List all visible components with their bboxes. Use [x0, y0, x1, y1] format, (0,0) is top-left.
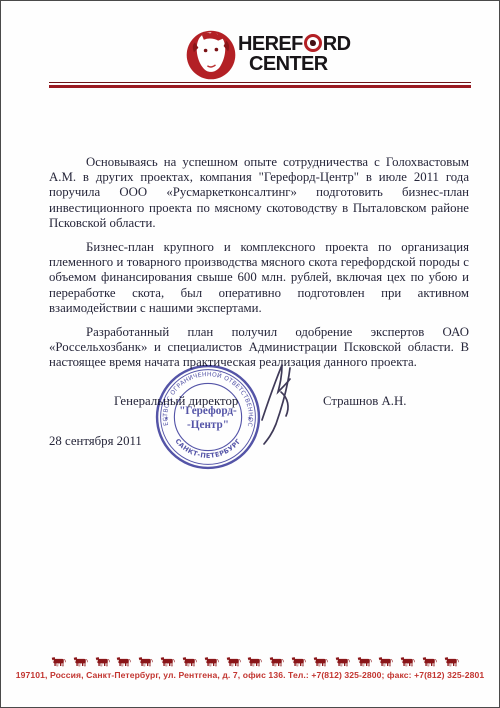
paragraph-1: Основываясь на успешном опыте сотрудниче…: [49, 155, 469, 231]
bull-icon: [204, 656, 219, 667]
letter-body: Основываясь на успешном опыте сотрудниче…: [49, 155, 469, 380]
bull-icon: [378, 656, 393, 667]
bull-icon: [73, 656, 88, 667]
bull-icon: [226, 656, 241, 667]
bull-icon: [357, 656, 372, 667]
bull-icon: [291, 656, 306, 667]
paragraph-2: Бизнес-план крупного и комплексного прое…: [49, 240, 469, 316]
bull-icon: [400, 656, 415, 667]
letter-page: HEREFRD CENTER Основываясь на успешном о…: [0, 0, 500, 708]
bull-icon: [116, 656, 131, 667]
bull-icon: [138, 656, 153, 667]
bull-icon: [269, 656, 284, 667]
stamp-center-line2: -Центр": [187, 419, 229, 431]
logo-line1: HEREFRD: [238, 34, 350, 54]
logo-wordmark: HEREFRD CENTER: [238, 34, 350, 74]
stamp-star-right-icon: ★: [247, 415, 252, 422]
stylized-o-bull-icon: [304, 34, 322, 52]
bull-icon: [182, 656, 197, 667]
bull-icon: [422, 656, 437, 667]
header-divider: [49, 82, 471, 88]
footer-address: 197101, Россия, Санкт-Петербург, ул. Рен…: [1, 670, 499, 680]
hereford-bull-logo-icon: [184, 28, 238, 82]
stamp-ring-text-top: ОБЩЕСТВО С ОГРАНИЧЕННОЙ ОТВЕТСТВЕННОСТЬЮ: [154, 363, 254, 428]
footer-bull-border: [51, 656, 459, 667]
bull-icon: [335, 656, 350, 667]
letter-date: 28 сентября 2011: [49, 434, 142, 449]
bull-icon: [313, 656, 328, 667]
logo-line2: CENTER: [249, 54, 350, 74]
bull-icon: [247, 656, 262, 667]
company-stamp: ОБЩЕСТВО С ОГРАНИЧЕННОЙ ОТВЕТСТВЕННОСТЬЮ…: [154, 363, 262, 471]
bull-icon: [95, 656, 110, 667]
handwritten-signature: [253, 360, 315, 446]
stamp-center-line1: "Герефорд-: [179, 405, 237, 417]
signer-name: Страшнов А.Н.: [323, 394, 406, 409]
bull-icon: [51, 656, 66, 667]
bull-icon: [444, 656, 459, 667]
svg-text:ОБЩЕСТВО С ОГРАНИЧЕННОЙ ОТВЕТС: ОБЩЕСТВО С ОГРАНИЧЕННОЙ ОТВЕТСТВЕННОСТЬЮ: [154, 363, 254, 428]
stamp-star-left-icon: ★: [164, 415, 169, 422]
bull-icon: [160, 656, 175, 667]
